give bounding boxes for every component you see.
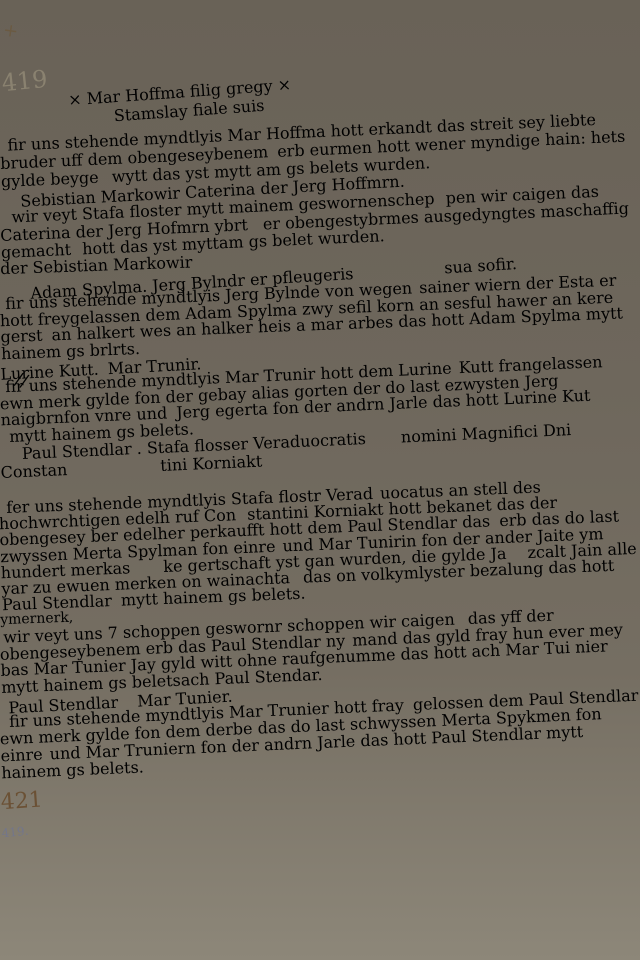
manuscript-line: sua sofir. xyxy=(444,253,518,276)
